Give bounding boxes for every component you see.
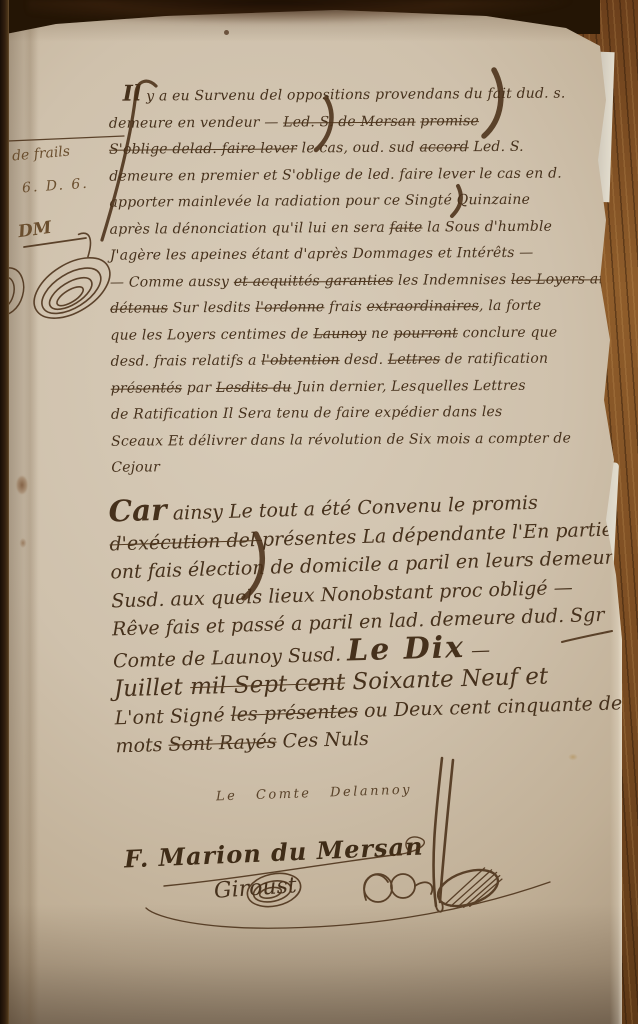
ink-stain bbox=[18, 536, 28, 550]
manuscript-line: présentés par Lesdits du Juin dernier, L… bbox=[111, 372, 603, 402]
manuscript-line: demeure en vendeur — Led. S. de Mersan p… bbox=[109, 107, 601, 137]
manuscript-line: apporter mainlevée la radiation pour ce … bbox=[109, 186, 601, 216]
top-edge-shadow bbox=[28, 0, 573, 24]
paragraph-1: Il y a eu Survenu del oppositions proven… bbox=[109, 78, 604, 481]
margin-note: de frails bbox=[11, 144, 70, 165]
manuscript-line: Sceaux Et délivrer dans la révolution de… bbox=[111, 425, 603, 455]
ink-stain bbox=[14, 472, 30, 498]
manuscript-line: que les Loyers centimes de Launoy ne pou… bbox=[110, 319, 602, 349]
ink-fleck bbox=[224, 30, 229, 35]
manuscript-line: après la dénonciation qu'il lui en sera … bbox=[110, 213, 602, 243]
manuscript-line: desd. frais relatifs a l'obtention desd.… bbox=[110, 345, 602, 375]
paragraph-2: Car ainsy Le tout a été Convenu le promi… bbox=[108, 483, 616, 761]
margin-paraph-flourish bbox=[14, 230, 120, 330]
manuscript-line: — Comme aussy et acquittés garanties les… bbox=[110, 266, 602, 296]
tall-double-slash-flourish bbox=[434, 758, 453, 912]
margin-rule-line bbox=[8, 136, 124, 141]
signature-giroust: Giroust bbox=[213, 873, 297, 904]
manuscript-photo: de frails 6. D. 6. DM Il y a eu Survenu … bbox=[0, 0, 638, 1024]
margin-note-paraph: DM bbox=[17, 218, 53, 242]
manuscript-line: Il y a eu Survenu del oppositions proven… bbox=[109, 78, 601, 110]
left-edge-paraph bbox=[6, 264, 29, 320]
manuscript-line: de Ratification Il Sera tenu de faire ex… bbox=[111, 398, 603, 428]
signature-marion-du-mersan: F. Marion du Mersan bbox=[124, 831, 425, 873]
closing-attribution: Le Comte Delannoy bbox=[216, 783, 412, 805]
book-binding-edge bbox=[0, 0, 9, 1024]
sweeping-underline bbox=[146, 882, 550, 928]
manuscript-line: S'oblige delad. faire lever le cas, oud.… bbox=[109, 133, 601, 163]
hatched-rubric bbox=[434, 862, 507, 915]
notary-rubric bbox=[364, 874, 432, 902]
manuscript-line: détenus Sur lesdits l'ordonne frais extr… bbox=[110, 292, 602, 322]
margin-note: 6. D. 6. bbox=[22, 176, 90, 197]
manuscript-line: demeure en premier et S'oblige de led. f… bbox=[109, 160, 601, 190]
paper-stain bbox=[566, 752, 580, 762]
manuscript-line: J'agère les apeines étant d'après Dommag… bbox=[110, 239, 602, 269]
manuscript-line: Cejour bbox=[111, 451, 603, 481]
manuscript-page: de frails 6. D. 6. DM Il y a eu Survenu … bbox=[6, 0, 622, 1024]
